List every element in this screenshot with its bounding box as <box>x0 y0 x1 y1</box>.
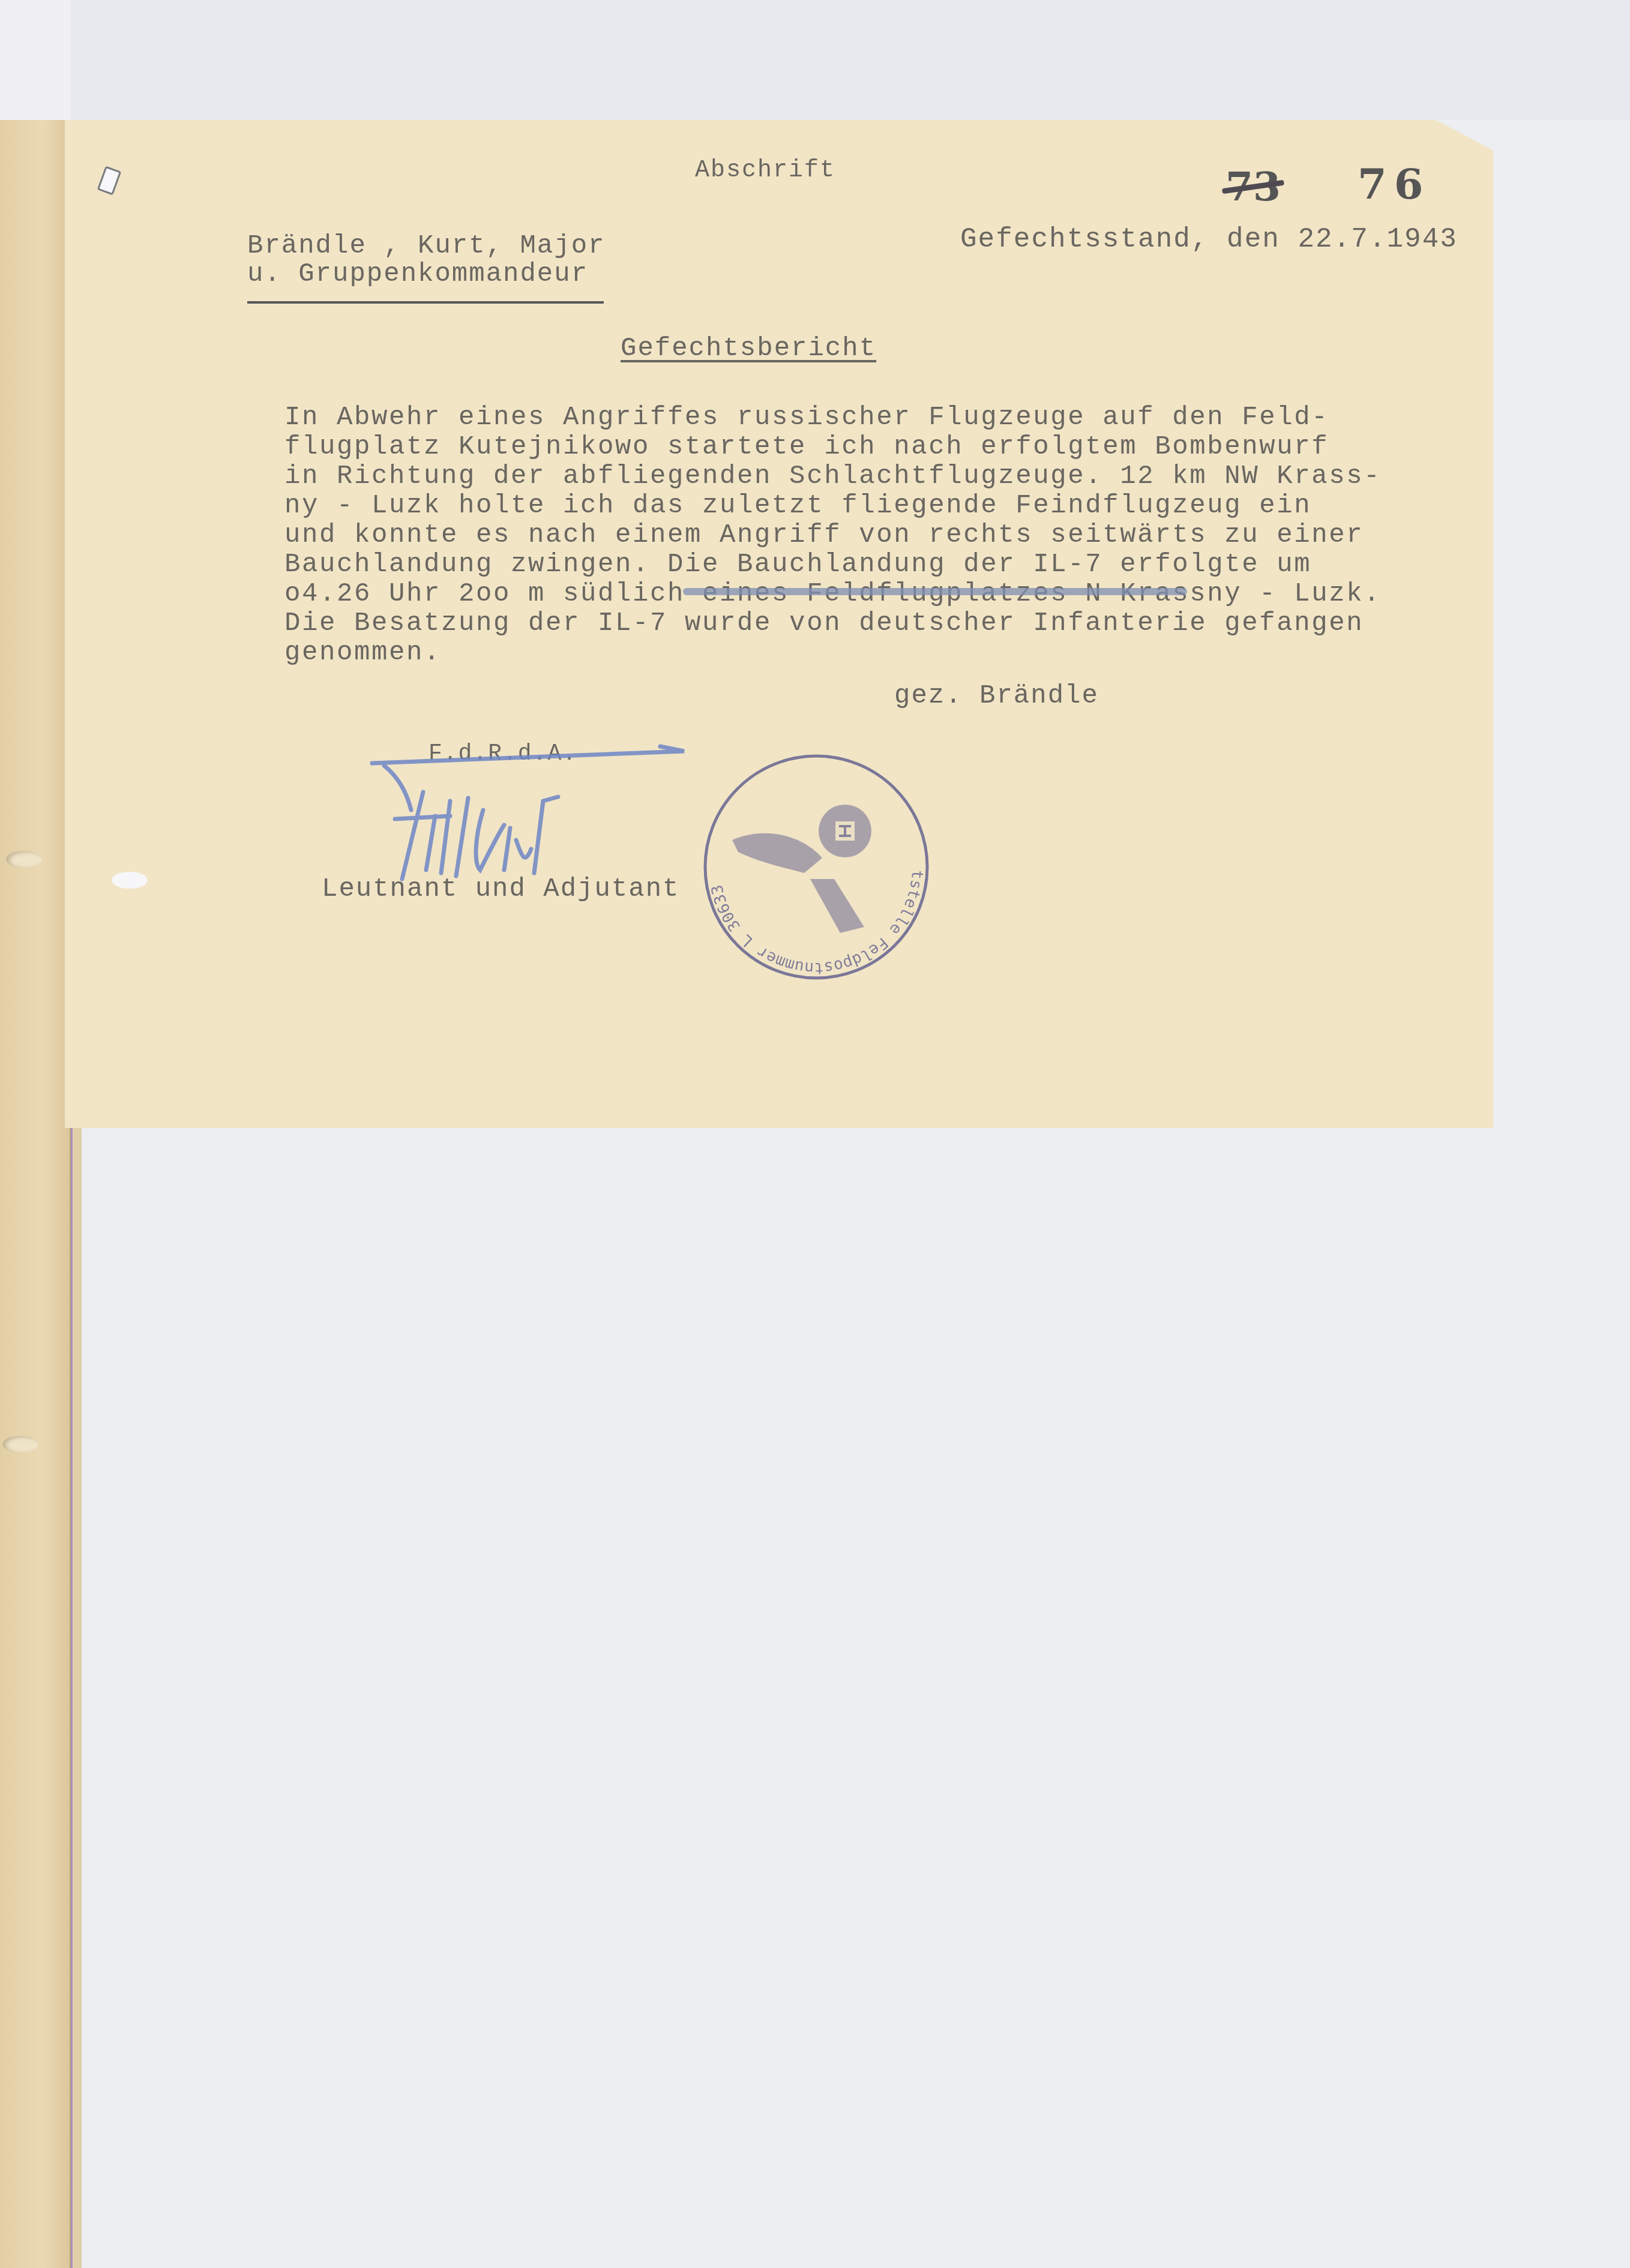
report-body-line: genommen. <box>284 638 1381 668</box>
handwritten-signature-icon <box>360 744 696 888</box>
report-body-line: Die Besatzung der IL-7 wurde von deutsch… <box>284 609 1381 638</box>
archive-number: 76 <box>1358 159 1430 209</box>
place-date: Gefechtsstand, den 22.7.1943 <box>960 226 1458 253</box>
sender-name: Brändle , Kurt, Major <box>247 233 606 259</box>
scan-background <box>0 0 71 120</box>
report-body-line: Bauchlandung zwingen. Die Bauchlandung d… <box>284 550 1381 580</box>
report-body: In Abwehr eines Angriffes russischer Flu… <box>284 403 1381 668</box>
blue-pencil-strikethrough <box>683 588 1187 595</box>
folder-punch-hole <box>2 1436 38 1453</box>
copy-label: Abschrift <box>695 159 835 183</box>
report-body-line: ny - Luzk holte ich das zuletzt fliegend… <box>284 491 1381 521</box>
binder-folder <box>0 0 71 2268</box>
document-punch-hole <box>112 872 148 889</box>
sender-role: u. Gruppenkommandeur <box>247 261 588 287</box>
signed-by: gez. Brändle <box>894 683 1099 709</box>
sender-underline <box>247 301 604 304</box>
report-body-line: flugplatz Kutejnikowo startete ich nach … <box>284 433 1381 462</box>
report-body-line: in Richtung der abfliegenden Schlachtflu… <box>284 462 1381 491</box>
folder-punch-hole <box>6 851 42 868</box>
archive-number-struck: 73 <box>1226 163 1281 210</box>
report-body-line: In Abwehr eines Angriffes russischer Flu… <box>284 403 1381 433</box>
report-body-line: und konnte es nach einem Angriff von rec… <box>284 521 1381 550</box>
signatory-title: Leutnant und Adjutant <box>322 876 680 902</box>
document-title: Gefechtsbericht <box>621 334 876 364</box>
official-eagle-stamp-icon: Dienststelle Feldpostnummer L 30633 <box>696 747 936 987</box>
